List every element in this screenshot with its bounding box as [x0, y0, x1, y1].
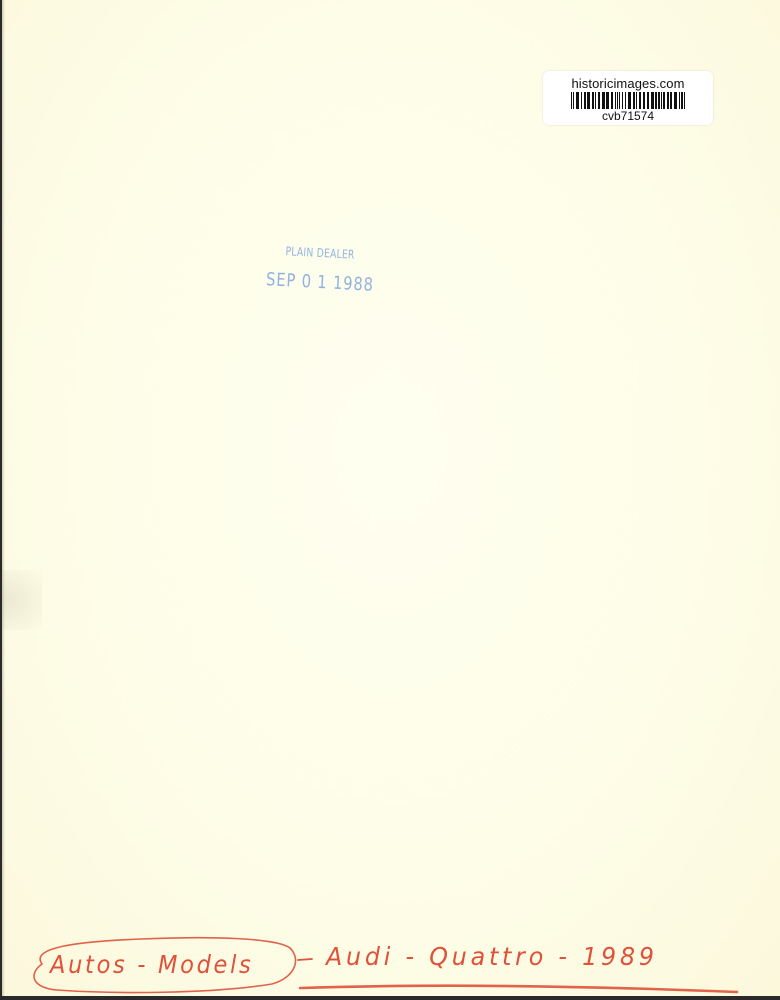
barcode-bar: [584, 92, 586, 109]
barcode-bar: [633, 92, 635, 109]
label-site-text: historicimages.com: [543, 76, 713, 91]
barcode-bar: [625, 92, 626, 109]
caption-separator-dash: [298, 959, 312, 960]
barcode-icon: [571, 92, 687, 109]
barcode-bar: [663, 92, 665, 109]
barcode-bar: [595, 92, 596, 109]
subject-underline: [300, 986, 737, 992]
photo-back-sheet: historicimages.com cvb71574 PLAIN DEALER…: [2, 0, 780, 996]
date-stamp: PLAIN DEALER SEP 0 1 1988: [264, 243, 394, 250]
caption-subject: Audi - Quattro - 1989: [326, 942, 658, 971]
barcode-bar: [655, 92, 657, 109]
barcode-bar: [598, 92, 600, 109]
barcode-bar: [670, 92, 672, 109]
barcode-bar: [679, 92, 680, 109]
barcode-bar: [628, 92, 631, 109]
barcode-bar: [681, 92, 683, 109]
caption-category: Autos - Models: [50, 950, 253, 979]
label-code-text: cvb71574: [543, 109, 713, 123]
barcode-bar: [661, 92, 662, 109]
barcode-bar: [667, 92, 669, 109]
barcode-bar: [587, 92, 590, 109]
barcode-bar: [592, 92, 594, 109]
paper-smudge: [2, 570, 42, 630]
handwritten-caption: Autos - Models Audi - Quattro - 1989: [2, 930, 780, 996]
barcode-bar: [674, 92, 677, 109]
barcode-bar: [658, 92, 660, 109]
stamp-paper-name: PLAIN DEALER: [285, 244, 355, 262]
barcode-bar: [576, 92, 579, 109]
stamp-date: SEP 0 1 1988: [266, 269, 375, 296]
barcode-bar: [622, 92, 623, 109]
barcode-bar: [639, 92, 641, 109]
barcode-label: historicimages.com cvb71574: [543, 71, 713, 125]
barcode-bar: [606, 92, 609, 109]
barcode-bar: [684, 92, 685, 109]
barcode-bar: [602, 92, 605, 109]
barcode-bar: [615, 92, 616, 109]
barcode-bar: [643, 92, 645, 109]
barcode-bar: [611, 92, 613, 109]
barcode-bar: [581, 92, 582, 109]
barcode-bar: [619, 92, 620, 109]
barcode-bar: [573, 92, 574, 109]
barcode-bar: [636, 92, 637, 109]
barcode-bar: [651, 92, 654, 109]
barcode-bar: [617, 92, 618, 109]
barcode-bar: [647, 92, 649, 109]
sheet-edge-shadow: [2, 0, 5, 996]
barcode-bar: [571, 92, 572, 109]
